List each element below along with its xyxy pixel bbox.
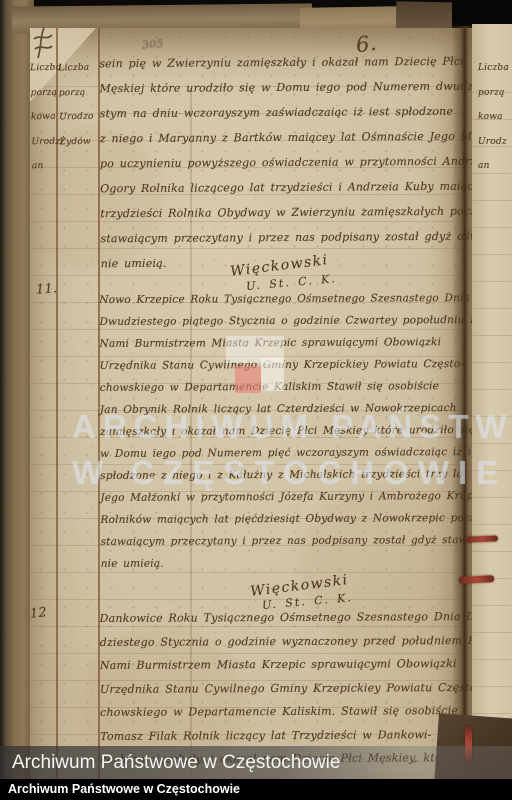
margin-header-word: Żydów: [59, 129, 99, 154]
handwritten-line: Nami Burmistrzem Miasta Krzepic sprawuią…: [100, 652, 460, 677]
archive-caption-small: Archiwum Państwowe w Częstochowie: [0, 779, 512, 800]
handwritten-line: stawaiącym przeczytany i przez nas podpi…: [101, 529, 461, 553]
margin-header-column-2: LiczbaporząUrodzoŻydów: [58, 56, 100, 155]
handwritten-line: z niego i Maryanny z Bartków maiącey lat…: [100, 124, 460, 152]
handwritten-line: stym na dniu wczorayszym zaświadczaiąc i…: [100, 99, 460, 127]
handwritten-line: trzydzieści Rolnika Obydway w Zwierzyniu…: [100, 199, 460, 227]
margin-header-word: an: [478, 154, 512, 179]
margin-header-word: porzą: [30, 80, 57, 105]
margin-header-word: Urodzi: [31, 129, 58, 154]
margin-header-word: kowa: [31, 105, 58, 130]
footer-bar: Archiwum Państwowe w Częstochowie: [0, 779, 512, 800]
handwritten-line: Tomasz Filak Rolnik liczący lat Trzydzie…: [100, 723, 460, 748]
handwritten-line: Męskiej które urodziło się w Domu iego p…: [99, 74, 459, 102]
handwritten-line: stawaiącym przeczytany i przez nas podpi…: [100, 224, 460, 252]
entry-continuation-text: sein pię w Zwierzyniu zamięszkały i okaz…: [99, 49, 461, 277]
handwritten-line: Urzędnika Stanu Cywilnego Gminy Krzepick…: [100, 676, 460, 701]
pencil-note: 305: [141, 37, 164, 52]
book-binding-left-edge: [0, 0, 34, 800]
margin-header-word: porzą: [59, 80, 99, 105]
margin-header-word: Liczba: [58, 56, 98, 81]
handwritten-line: Rolników maiących lat pięćdziesiąt Obydw…: [100, 507, 460, 531]
margin-header-word: Urodz: [478, 130, 512, 155]
flag-red-square: [235, 366, 261, 393]
margin-header-word: Liczba: [30, 56, 57, 81]
flag-white-square: [261, 358, 284, 391]
handwritten-line: Nowo Krzepice Roku Tysiącznego Ośmsetneg…: [99, 287, 459, 311]
caption-overlay-bar: Archiwum Państwowe w Częstochowie: [0, 746, 512, 779]
handwritten-line: chowskiego w Departamencie Kaliskim. Sta…: [100, 699, 460, 724]
archive-caption-large: Archiwum Państwowe w Częstochowie: [0, 746, 512, 779]
entry-number-12: 12: [29, 605, 47, 622]
margin-header-word: Urodzo: [59, 105, 99, 130]
red-thread-stitch-1: [466, 535, 498, 542]
margin-header-column-1: LiczbaporząkowaUrodzian: [30, 56, 59, 179]
handwritten-line: Ogory Rolnika liczącego lat trzydzieści …: [100, 174, 460, 202]
margin-header-word: kowa: [478, 105, 512, 130]
margin-header-word: an: [32, 154, 59, 179]
archive-flag-logo-watermark-icon: [226, 334, 286, 396]
margin-header-word: porzą: [478, 81, 512, 106]
handwritten-line: dziestego Stycznia o godzinie wyznaczone…: [100, 629, 460, 654]
scanned-manuscript-view: 305 6. LiczbaporząkowaUrodzian Liczbapor…: [0, 0, 512, 800]
handwritten-line: nie umieią.: [101, 551, 461, 575]
page-gutter-shadow: [452, 26, 474, 778]
handwritten-line: Dwudziestego piątego Stycznia o godzinie…: [99, 309, 459, 333]
entry-number-11: 11.: [36, 281, 58, 297]
watermark-text-line-2: W CZĘSTOCHOWIE: [72, 454, 507, 492]
handwritten-line: po uczynieniu powyższego oświadczenia w …: [100, 149, 460, 177]
next-page-margin-header: LiczbaporząkowaUrodzan: [478, 56, 512, 179]
handwritten-line: Dankowice Roku Tysiącznego Ośmsetnego Sz…: [100, 605, 460, 630]
margin-header-word: Liczba: [478, 56, 512, 81]
handwritten-line: sein pię w Zwierzyniu zamięszkały i okaz…: [99, 49, 459, 77]
watermark-text-line-1: ARCHIWUM PAŃSTWOWE: [72, 408, 512, 446]
